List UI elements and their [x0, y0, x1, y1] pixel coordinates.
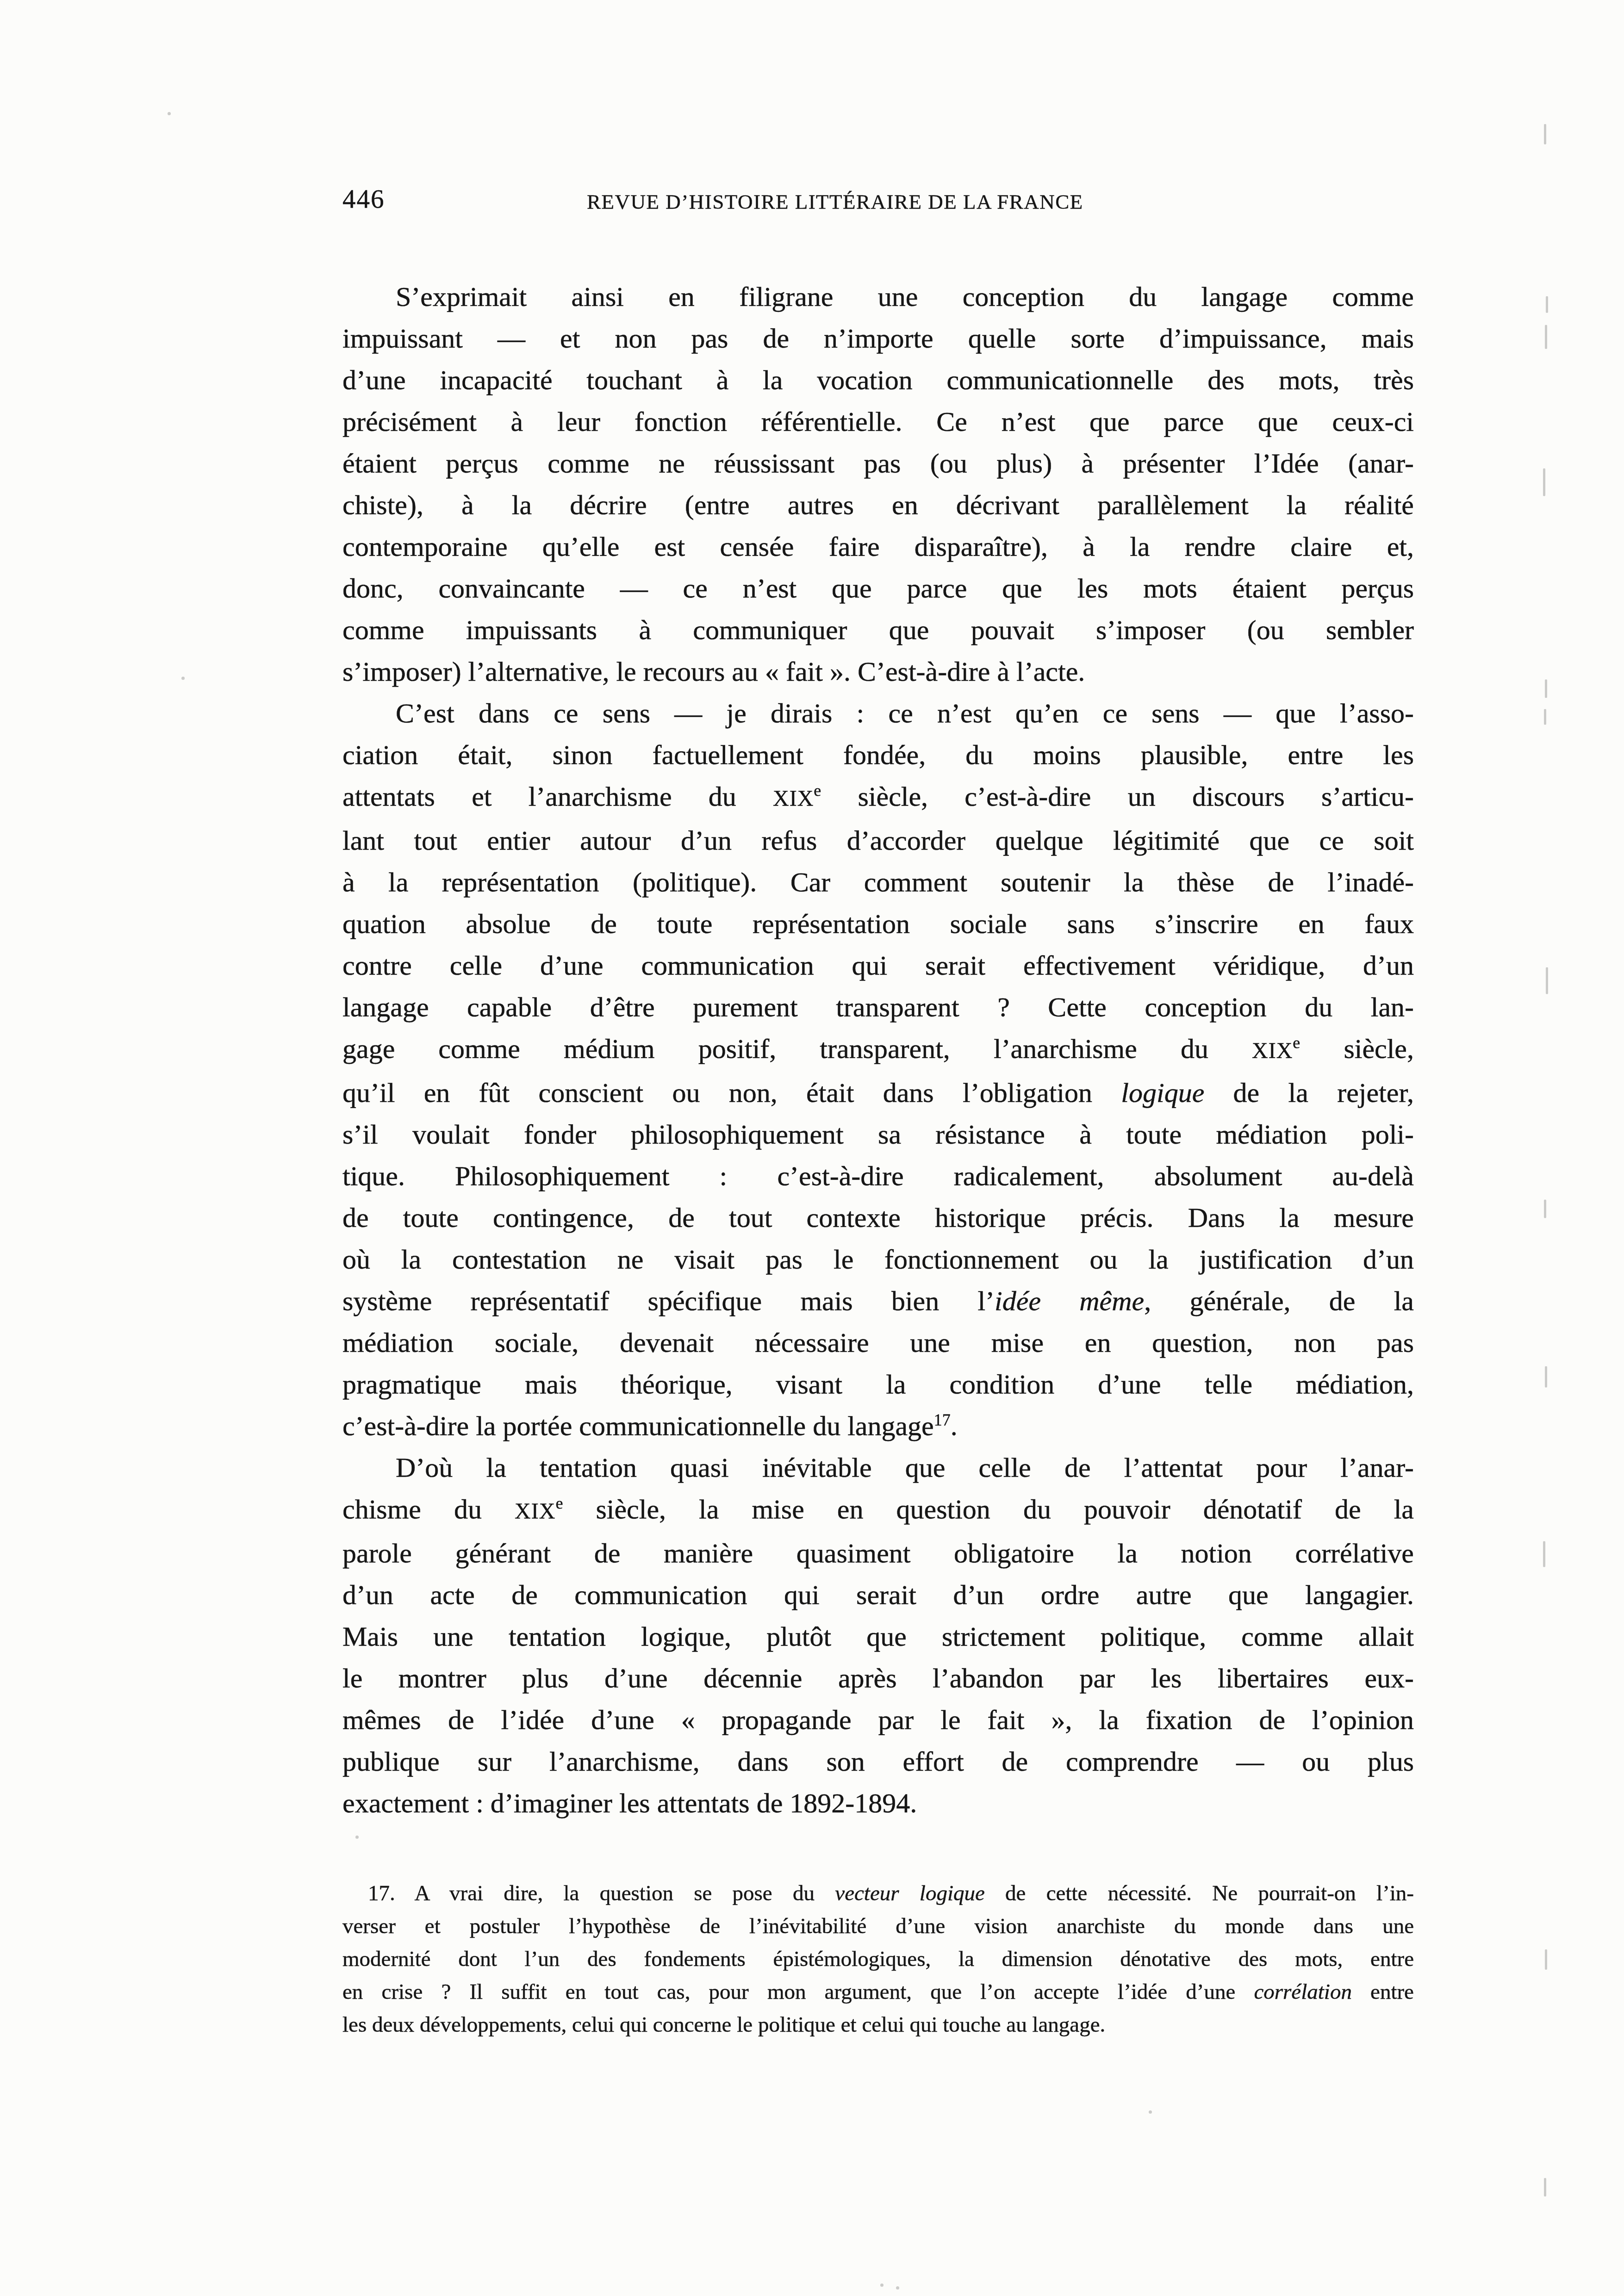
journal-page: 446 REVUE D’HISTOIRE LITTÉRAIRE DE LA FR…: [0, 0, 1624, 2296]
running-title: REVUE D’HISTOIRE LITTÉRAIRE DE LA FRANCE: [587, 190, 1083, 214]
text-segment: étaient perçus comme ne réussissant pas …: [342, 448, 1414, 479]
footnote-line: modernité dont l’un des fondements épist…: [342, 1943, 1414, 1976]
body-line: d’un acte de communication qui serait d’…: [342, 1574, 1414, 1616]
scan-artifact: [896, 2286, 899, 2290]
styled-segment-i: corrélation: [1254, 1980, 1351, 2004]
styled-segment-i: vecteur logique: [835, 1881, 985, 1905]
scan-artifact: [168, 112, 171, 115]
text-segment: de la rejeter,: [1204, 1077, 1414, 1108]
text-segment: modernité dont l’un des fondements épist…: [342, 1947, 1414, 1971]
text-segment: c’est-à-dire la portée communicationnell…: [342, 1411, 934, 1441]
scan-artifact: [1545, 679, 1547, 698]
scan-artifact: [355, 1836, 359, 1839]
footnote-line: 17. A vrai dire, la question se pose du …: [342, 1877, 1414, 1910]
styled-segment-sc: XIX: [773, 786, 814, 811]
body-line: langage capable d’être purement transpar…: [342, 986, 1414, 1028]
scan-artifact: [1543, 468, 1545, 496]
text-segment: siècle,: [1300, 1033, 1414, 1064]
footnote-line: en crise ? Il suffit en tout cas, pour m…: [342, 1976, 1414, 2009]
body-line: Mais une tentation logique, plutôt que s…: [342, 1616, 1414, 1657]
body-line: d’une incapacité touchant à la vocation …: [342, 359, 1414, 401]
page-header: 446 REVUE D’HISTOIRE LITTÉRAIRE DE LA FR…: [342, 184, 1414, 221]
footnote-line: les deux développements, celui qui conce…: [342, 2009, 1414, 2041]
body-line: qu’il en fût conscient ou non, était dan…: [342, 1072, 1414, 1114]
body-line: quation absolue de toute représentation …: [342, 903, 1414, 945]
scan-artifact: [1544, 1200, 1546, 1218]
footnote: 17. A vrai dire, la question se pose du …: [342, 1877, 1414, 2041]
footnote-line: verser et postuler l’hypothèse de l’inév…: [342, 1910, 1414, 1943]
styled-segment-sc: XIX: [1252, 1039, 1293, 1063]
text-segment: où la contestation ne visait pas le fonc…: [342, 1244, 1414, 1275]
text-segment: , générale, de la: [1144, 1286, 1414, 1316]
body-line: c’est-à-dire la portée communicationnell…: [342, 1405, 1414, 1447]
text-segment: contemporaine qu’elle est censée faire d…: [342, 531, 1414, 562]
scan-artifact: [1544, 709, 1546, 725]
body-line: attentats et l’anarchisme du XIXe siècle…: [342, 776, 1414, 820]
styled-segment-i: idée même: [995, 1286, 1144, 1316]
text-segment: exactement : d’imaginer les attentats de…: [342, 1788, 917, 1818]
text-segment: 17. A vrai dire, la question se pose du: [368, 1881, 835, 1905]
text-segment: contre celle d’une communication qui ser…: [342, 950, 1414, 981]
text-segment: en crise ? Il suffit en tout cas, pour m…: [342, 1980, 1254, 2004]
body-line: publique sur l’anarchisme, dans son effo…: [342, 1741, 1414, 1782]
styled-segment-sc: XIX: [515, 1499, 555, 1524]
body-line: de toute contingence, de tout contexte h…: [342, 1197, 1414, 1238]
text-segment: chisme du: [342, 1494, 515, 1524]
body-line: ciation était, sinon factuellement fondé…: [342, 734, 1414, 776]
body-line: chiste), à la décrire (entre autres en d…: [342, 484, 1414, 526]
body-line: contre celle d’une communication qui ser…: [342, 945, 1414, 986]
scan-artifact: [880, 2284, 884, 2287]
scan-artifact: [1544, 124, 1546, 144]
text-segment: impuissant — et non pas de n’importe que…: [342, 323, 1414, 354]
scan-artifact: [1543, 1541, 1545, 1567]
article-body: S’exprimait ainsi en filigrane une conce…: [342, 276, 1414, 1824]
body-line: mêmes de l’idée d’une « propagande par l…: [342, 1699, 1414, 1741]
body-line: chisme du XIXe siècle, la mise en questi…: [342, 1488, 1414, 1532]
body-line: D’où la tentation quasi inévitable que c…: [342, 1447, 1414, 1488]
text-segment: médiation sociale, devenait nécessaire u…: [342, 1327, 1414, 1358]
body-line: comme impuissants à communiquer que pouv…: [342, 609, 1414, 651]
body-line: précisément à leur fonction référentiell…: [342, 401, 1414, 442]
text-segment: S’exprimait ainsi en filigrane une conce…: [396, 281, 1414, 312]
scan-artifact: [1545, 1366, 1547, 1388]
body-line: où la contestation ne visait pas le fonc…: [342, 1238, 1414, 1280]
text-segment: .: [951, 1411, 958, 1441]
text-segment: système représentatif spécifique mais bi…: [342, 1286, 995, 1316]
text-segment: langage capable d’être purement transpar…: [342, 992, 1414, 1022]
body-line: pragmatique mais théorique, visant la co…: [342, 1363, 1414, 1405]
styled-segment-sup: e: [555, 1494, 563, 1512]
body-line: étaient perçus comme ne réussissant pas …: [342, 442, 1414, 484]
text-segment: à la représentation (politique). Car com…: [342, 867, 1414, 897]
scan-artifact: [1546, 967, 1548, 994]
text-segment: verser et postuler l’hypothèse de l’inév…: [342, 1914, 1414, 1938]
body-line: médiation sociale, devenait nécessaire u…: [342, 1322, 1414, 1363]
body-line: impuissant — et non pas de n’importe que…: [342, 317, 1414, 359]
body-line: donc, convaincante — ce n’est que parce …: [342, 567, 1414, 609]
body-line: s’il voulait fonder philosophiquement sa…: [342, 1114, 1414, 1155]
body-line: gage comme médium positif, transparent, …: [342, 1028, 1414, 1072]
text-segment: siècle, c’est-à-dire un discours s’artic…: [821, 781, 1414, 812]
body-line: C’est dans ce sens — je dirais : ce n’es…: [342, 692, 1414, 734]
body-line: contemporaine qu’elle est censée faire d…: [342, 526, 1414, 567]
text-segment: D’où la tentation quasi inévitable que c…: [396, 1452, 1414, 1483]
text-segment: quation absolue de toute représentation …: [342, 908, 1414, 939]
body-line: S’exprimait ainsi en filigrane une conce…: [342, 276, 1414, 317]
styled-segment-i: logique: [1121, 1077, 1204, 1108]
text-segment: lant tout entier autour d’un refus d’acc…: [342, 825, 1414, 856]
body-line: système représentatif spécifique mais bi…: [342, 1280, 1414, 1322]
text-segment: de toute contingence, de tout contexte h…: [342, 1202, 1414, 1233]
body-line: parole générant de manière quasiment obl…: [342, 1532, 1414, 1574]
text-segment: ciation était, sinon factuellement fondé…: [342, 740, 1414, 770]
text-segment: qu’il en fût conscient ou non, était dan…: [342, 1077, 1121, 1108]
scan-artifact: [1149, 2110, 1152, 2114]
text-segment: s’il voulait fonder philosophiquement sa…: [342, 1119, 1414, 1150]
text-segment: mêmes de l’idée d’une « propagande par l…: [342, 1705, 1414, 1735]
scan-artifact: [1546, 296, 1548, 313]
scan-artifact: [181, 677, 185, 680]
body-line: s’imposer) l’alternative, le recours au …: [342, 651, 1414, 692]
text-segment: donc, convaincante — ce n’est que parce …: [342, 573, 1414, 604]
text-segment: comme impuissants à communiquer que pouv…: [342, 615, 1414, 645]
page-number: 446: [342, 184, 385, 214]
text-segment: tique. Philosophiquement : c’est-à-dire …: [342, 1161, 1414, 1191]
text-segment: gage comme médium positif, transparent, …: [342, 1033, 1252, 1064]
body-line: le montrer plus d’une décennie après l’a…: [342, 1657, 1414, 1699]
text-segment: les deux développements, celui qui conce…: [342, 2013, 1105, 2037]
body-line: exactement : d’imaginer les attentats de…: [342, 1782, 1414, 1824]
body-line: à la représentation (politique). Car com…: [342, 861, 1414, 903]
text-segment: siècle, la mise en question du pouvoir d…: [563, 1494, 1414, 1524]
text-segment: publique sur l’anarchisme, dans son effo…: [342, 1746, 1414, 1777]
text-segment: attentats et l’anarchisme du: [342, 781, 773, 812]
text-segment: parole générant de manière quasiment obl…: [342, 1538, 1414, 1568]
styled-segment-sup: e: [1293, 1033, 1300, 1052]
text-segment: entre: [1352, 1980, 1414, 2004]
text-segment: s’imposer) l’alternative, le recours au …: [342, 656, 1085, 687]
scan-artifact: [1544, 2178, 1546, 2196]
text-segment: précisément à leur fonction référentiell…: [342, 406, 1414, 437]
text-segment: pragmatique mais théorique, visant la co…: [342, 1369, 1414, 1400]
styled-segment-sup: e: [814, 781, 821, 800]
text-segment: d’un acte de communication qui serait d’…: [342, 1580, 1414, 1610]
text-segment: d’une incapacité touchant à la vocation …: [342, 365, 1414, 395]
body-line: lant tout entier autour d’un refus d’acc…: [342, 820, 1414, 861]
text-segment: le montrer plus d’une décennie après l’a…: [342, 1663, 1414, 1693]
scan-artifact: [1545, 1949, 1547, 1970]
styled-segment-sup: 17: [934, 1411, 951, 1429]
text-segment: chiste), à la décrire (entre autres en d…: [342, 490, 1414, 520]
text-segment: C’est dans ce sens — je dirais : ce n’es…: [396, 698, 1414, 728]
scan-artifact: [1545, 325, 1547, 349]
body-line: tique. Philosophiquement : c’est-à-dire …: [342, 1155, 1414, 1197]
text-segment: Mais une tentation logique, plutôt que s…: [342, 1621, 1414, 1652]
text-segment: de cette nécessité. Ne pourrait-on l’in-: [985, 1881, 1414, 1905]
